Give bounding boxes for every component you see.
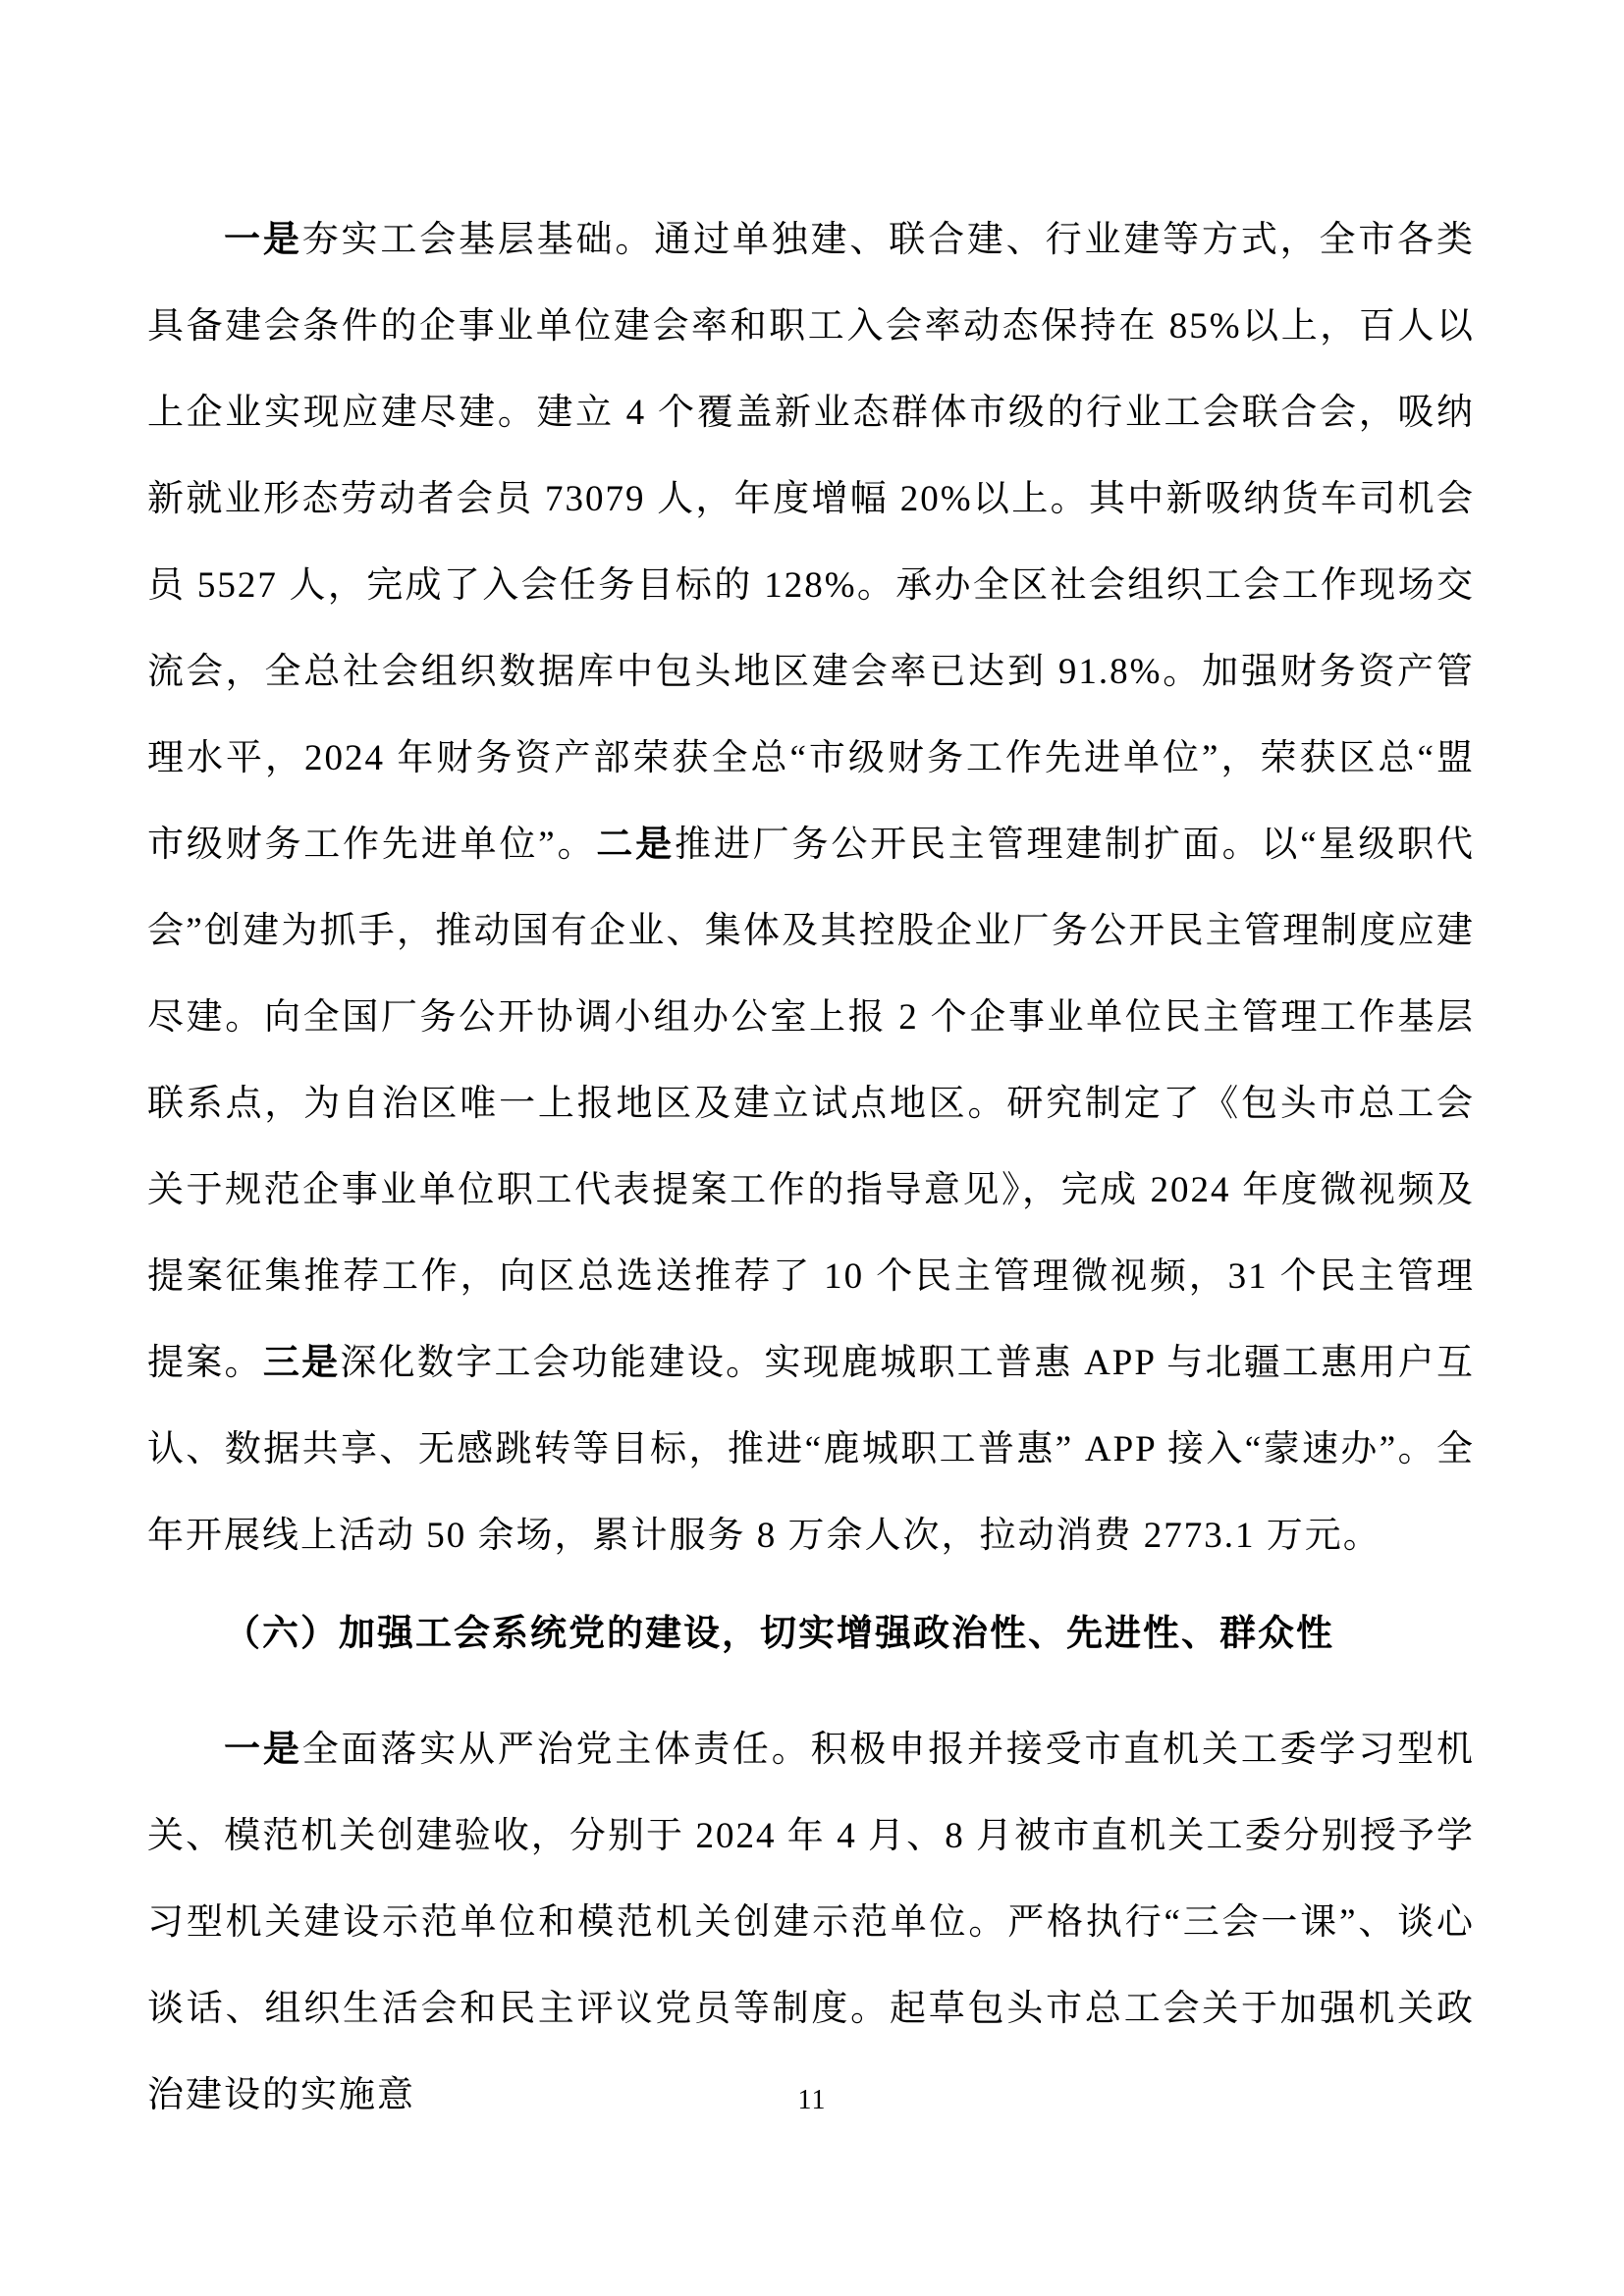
- text-run: 推进厂务公开民主管理建制扩面。以“星级职代会”创建为抓手，推动国有企业、集体及其…: [147, 825, 1475, 1383]
- bold-run-sanshi: 三是: [263, 1343, 341, 1383]
- document-body: 一是夯实工会基层基础。通过单独建、联合建、行业建等方式，全市各类具备建会条件的企…: [147, 0, 1475, 2139]
- paragraph-1: 一是夯实工会基层基础。通过单独建、联合建、行业建等方式，全市各类具备建会条件的企…: [147, 197, 1475, 1579]
- bold-run-ershi: 二是: [596, 825, 675, 865]
- text-run: 深化数字工会功能建设。实现鹿城职工普惠 APP 与北疆工惠用户互认、数据共享、无…: [147, 1343, 1475, 1556]
- document-page: 一是夯实工会基层基础。通过单独建、联合建、行业建等方式，全市各类具备建会条件的企…: [0, 0, 1624, 2296]
- page-number: 11: [0, 2081, 1624, 2120]
- bold-run-yishi-2: 一是: [224, 1730, 302, 1770]
- text-run: 夯实工会基层基础。通过单独建、联合建、行业建等方式，全市各类具备建会条件的企事业…: [147, 220, 1475, 865]
- section-heading: （六）加强工会系统党的建设，切实增强政治性、先进性、群众性: [147, 1591, 1475, 1678]
- bold-run-yishi-1: 一是: [224, 220, 302, 260]
- text-run: 全面落实从严治党主体责任。积极申报并接受市直机关工委学习型机关、模范机关创建验收…: [147, 1730, 1475, 2115]
- paragraph-2: 一是全面落实从严治党主体责任。积极申报并接受市直机关工委学习型机关、模范机关创建…: [147, 1707, 1475, 2139]
